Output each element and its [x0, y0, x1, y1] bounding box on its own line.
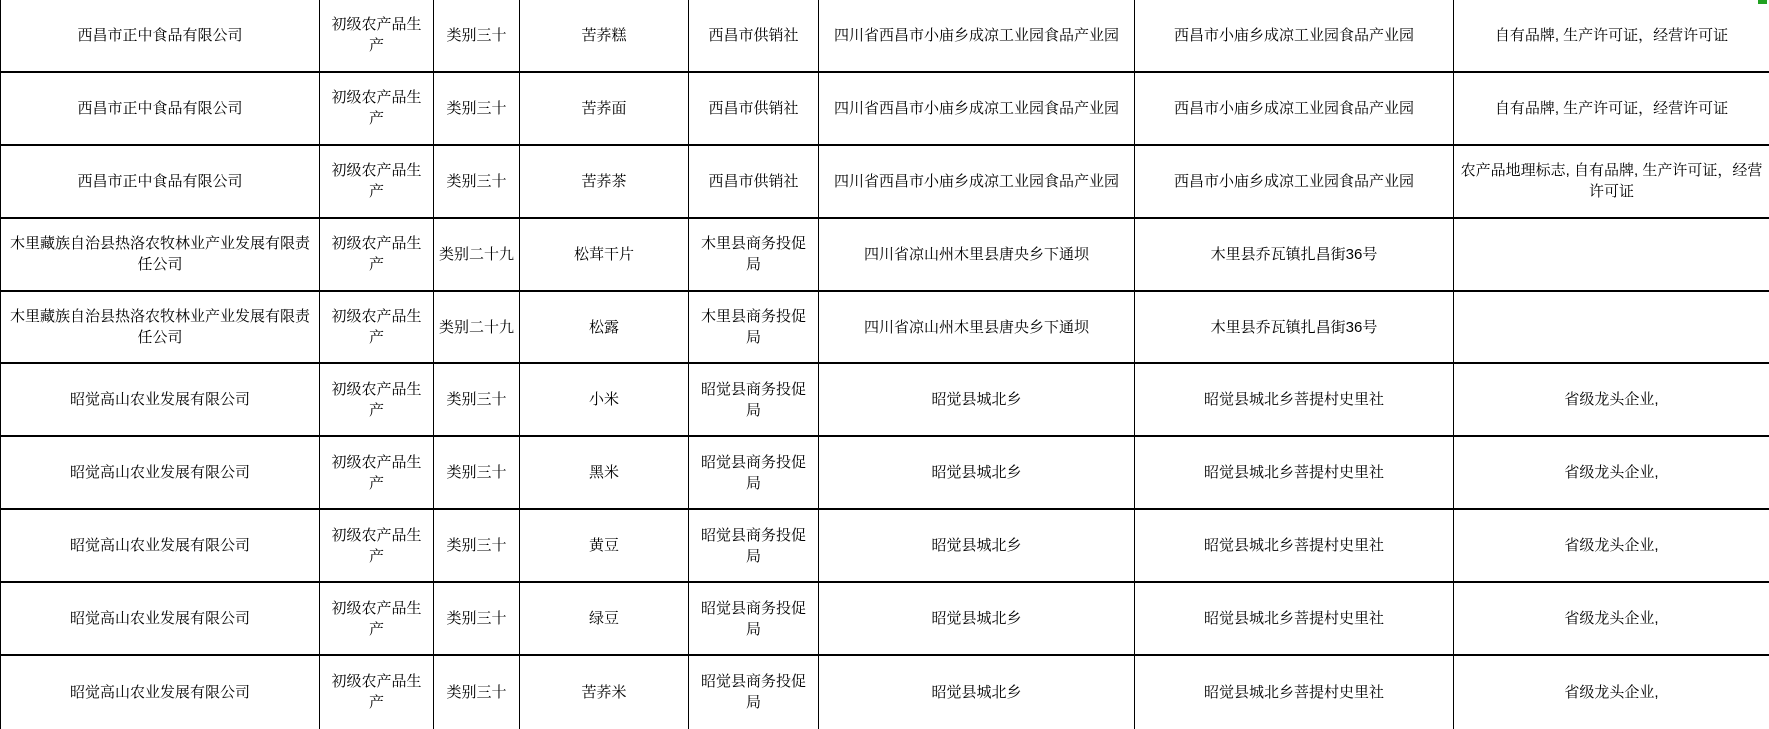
table-cell-business-address[interactable]: 木里县乔瓦镇扎昌街36号 — [1135, 292, 1454, 365]
table-cell-production-address[interactable]: 四川省西昌市小庙乡成凉工业园食品产业园 — [819, 146, 1135, 219]
table-cell-production-address[interactable]: 四川省凉山州木里县唐央乡下通坝 — [819, 292, 1135, 365]
table-cell-recommending-agency[interactable]: 西昌市供销社 — [689, 73, 819, 146]
table-cell-business-address[interactable]: 昭觉县城北乡菩提村史里社 — [1135, 583, 1454, 656]
table-cell-recommending-agency[interactable]: 木里县商务投促局 — [689, 219, 819, 292]
table-cell-certifications[interactable]: 省级龙头企业, — [1454, 656, 1769, 729]
table-cell-recommending-agency[interactable]: 昭觉县商务投促局 — [689, 656, 819, 729]
table-cell-certifications[interactable]: 省级龙头企业, — [1454, 437, 1769, 510]
table-cell-product-name[interactable]: 黄豆 — [520, 510, 689, 583]
table-cell-product-name[interactable]: 苦荞米 — [520, 656, 689, 729]
table-cell-product-name[interactable]: 绿豆 — [520, 583, 689, 656]
table-cell-business-address[interactable]: 昭觉县城北乡菩提村史里社 — [1135, 364, 1454, 437]
table-cell-company-name[interactable]: 昭觉高山农业发展有限公司 — [1, 510, 320, 583]
table-cell-certifications[interactable]: 省级龙头企业, — [1454, 510, 1769, 583]
table-cell-category[interactable]: 类别三十 — [434, 437, 520, 510]
table-cell-certifications[interactable] — [1454, 292, 1769, 365]
table-cell-business-address[interactable]: 昭觉县城北乡菩提村史里社 — [1135, 510, 1454, 583]
table-cell-company-name[interactable]: 西昌市正中食品有限公司 — [1, 146, 320, 219]
table-cell-category[interactable]: 类别三十 — [434, 583, 520, 656]
table-cell-business-address[interactable]: 西昌市小庙乡成凉工业园食品产业园 — [1135, 146, 1454, 219]
table-cell-company-name[interactable]: 西昌市正中食品有限公司 — [1, 73, 320, 146]
table-cell-company-name[interactable]: 木里藏族自治县热洛农牧林业产业发展有限责任公司 — [1, 219, 320, 292]
table-cell-business-address[interactable]: 木里县乔瓦镇扎昌街36号 — [1135, 219, 1454, 292]
table-cell-product-name[interactable]: 苦荞面 — [520, 73, 689, 146]
table-cell-category[interactable]: 类别三十 — [434, 73, 520, 146]
table-cell-production-type[interactable]: 初级农产品生产 — [320, 656, 434, 729]
table-cell-company-name[interactable]: 昭觉高山农业发展有限公司 — [1, 656, 320, 729]
table-cell-recommending-agency[interactable]: 昭觉县商务投促局 — [689, 510, 819, 583]
table-cell-production-address[interactable]: 昭觉县城北乡 — [819, 364, 1135, 437]
table-cell-production-address[interactable]: 昭觉县城北乡 — [819, 656, 1135, 729]
table-cell-production-address[interactable]: 昭觉县城北乡 — [819, 583, 1135, 656]
table-cell-business-address[interactable]: 西昌市小庙乡成凉工业园食品产业园 — [1135, 73, 1454, 146]
table-cell-product-name[interactable]: 苦荞茶 — [520, 146, 689, 219]
table-cell-category[interactable]: 类别三十 — [434, 0, 520, 73]
table-cell-production-type[interactable]: 初级农产品生产 — [320, 364, 434, 437]
table-cell-company-name[interactable]: 木里藏族自治县热洛农牧林业产业发展有限责任公司 — [1, 292, 320, 365]
table-cell-category[interactable]: 类别三十 — [434, 364, 520, 437]
table-cell-certifications[interactable]: 农产品地理标志, 自有品牌, 生产许可证，经营许可证 — [1454, 146, 1769, 219]
table-cell-category[interactable]: 类别二十九 — [434, 292, 520, 365]
table-cell-production-address[interactable]: 四川省西昌市小庙乡成凉工业园食品产业园 — [819, 0, 1135, 73]
table-cell-production-type[interactable]: 初级农产品生产 — [320, 510, 434, 583]
table-cell-product-name[interactable]: 黑米 — [520, 437, 689, 510]
table-cell-production-type[interactable]: 初级农产品生产 — [320, 437, 434, 510]
table-cell-product-name[interactable]: 松茸干片 — [520, 219, 689, 292]
selection-artifact-green-mark — [1758, 0, 1767, 4]
table-cell-certifications[interactable]: 自有品牌, 生产许可证，经营许可证 — [1454, 0, 1769, 73]
table-cell-certifications[interactable]: 自有品牌, 生产许可证，经营许可证 — [1454, 73, 1769, 146]
table-cell-category[interactable]: 类别三十 — [434, 146, 520, 219]
table-cell-production-address[interactable]: 四川省凉山州木里县唐央乡下通坝 — [819, 219, 1135, 292]
table-cell-production-type[interactable]: 初级农产品生产 — [320, 292, 434, 365]
table-cell-production-address[interactable]: 四川省西昌市小庙乡成凉工业园食品产业园 — [819, 73, 1135, 146]
table-cell-production-address[interactable]: 昭觉县城北乡 — [819, 510, 1135, 583]
table-cell-certifications[interactable]: 省级龙头企业, — [1454, 583, 1769, 656]
table-cell-product-name[interactable]: 松露 — [520, 292, 689, 365]
table-cell-production-type[interactable]: 初级农产品生产 — [320, 583, 434, 656]
table-cell-business-address[interactable]: 昭觉县城北乡菩提村史里社 — [1135, 656, 1454, 729]
table-cell-production-address[interactable]: 昭觉县城北乡 — [819, 437, 1135, 510]
table-cell-product-name[interactable]: 苦荞糕 — [520, 0, 689, 73]
data-table: 西昌市正中食品有限公司初级农产品生产类别三十苦荞糕西昌市供销社四川省西昌市小庙乡… — [0, 0, 1769, 729]
table-cell-certifications[interactable]: 省级龙头企业, — [1454, 364, 1769, 437]
table-cell-category[interactable]: 类别二十九 — [434, 219, 520, 292]
table-cell-business-address[interactable]: 昭觉县城北乡菩提村史里社 — [1135, 437, 1454, 510]
table-cell-company-name[interactable]: 昭觉高山农业发展有限公司 — [1, 437, 320, 510]
table-cell-category[interactable]: 类别三十 — [434, 656, 520, 729]
table-cell-certifications[interactable] — [1454, 219, 1769, 292]
table-cell-category[interactable]: 类别三十 — [434, 510, 520, 583]
table-cell-product-name[interactable]: 小米 — [520, 364, 689, 437]
table-cell-recommending-agency[interactable]: 昭觉县商务投促局 — [689, 437, 819, 510]
table-cell-company-name[interactable]: 西昌市正中食品有限公司 — [1, 0, 320, 73]
table-cell-company-name[interactable]: 昭觉高山农业发展有限公司 — [1, 364, 320, 437]
table-cell-recommending-agency[interactable]: 木里县商务投促局 — [689, 292, 819, 365]
table-cell-production-type[interactable]: 初级农产品生产 — [320, 73, 434, 146]
table-cell-recommending-agency[interactable]: 昭觉县商务投促局 — [689, 364, 819, 437]
table-cell-recommending-agency[interactable]: 昭觉县商务投促局 — [689, 583, 819, 656]
table-cell-business-address[interactable]: 西昌市小庙乡成凉工业园食品产业园 — [1135, 0, 1454, 73]
table-cell-production-type[interactable]: 初级农产品生产 — [320, 146, 434, 219]
table-cell-production-type[interactable]: 初级农产品生产 — [320, 219, 434, 292]
table-cell-company-name[interactable]: 昭觉高山农业发展有限公司 — [1, 583, 320, 656]
screenshot-root: 西昌市正中食品有限公司初级农产品生产类别三十苦荞糕西昌市供销社四川省西昌市小庙乡… — [0, 0, 1769, 729]
table-cell-recommending-agency[interactable]: 西昌市供销社 — [689, 146, 819, 219]
table-cell-recommending-agency[interactable]: 西昌市供销社 — [689, 0, 819, 73]
table-cell-production-type[interactable]: 初级农产品生产 — [320, 0, 434, 73]
